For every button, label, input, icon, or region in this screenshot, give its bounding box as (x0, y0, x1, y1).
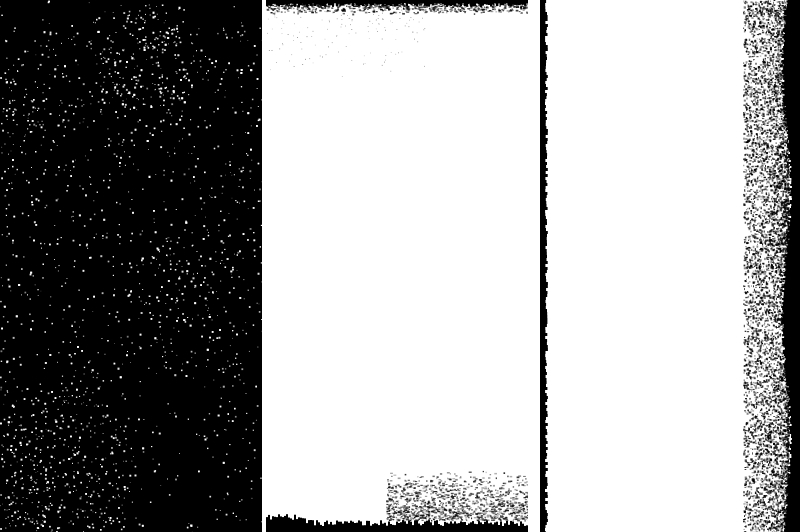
grunge-side-texture (540, 0, 800, 532)
grunge-edge-texture (266, 0, 528, 532)
white-grunge-edges-panel (266, 0, 528, 532)
panel-divider (528, 0, 540, 532)
dark-speckled-texture-panel (0, 0, 262, 532)
white-grunge-side-panel (540, 0, 800, 532)
speckle-texture (0, 0, 262, 532)
